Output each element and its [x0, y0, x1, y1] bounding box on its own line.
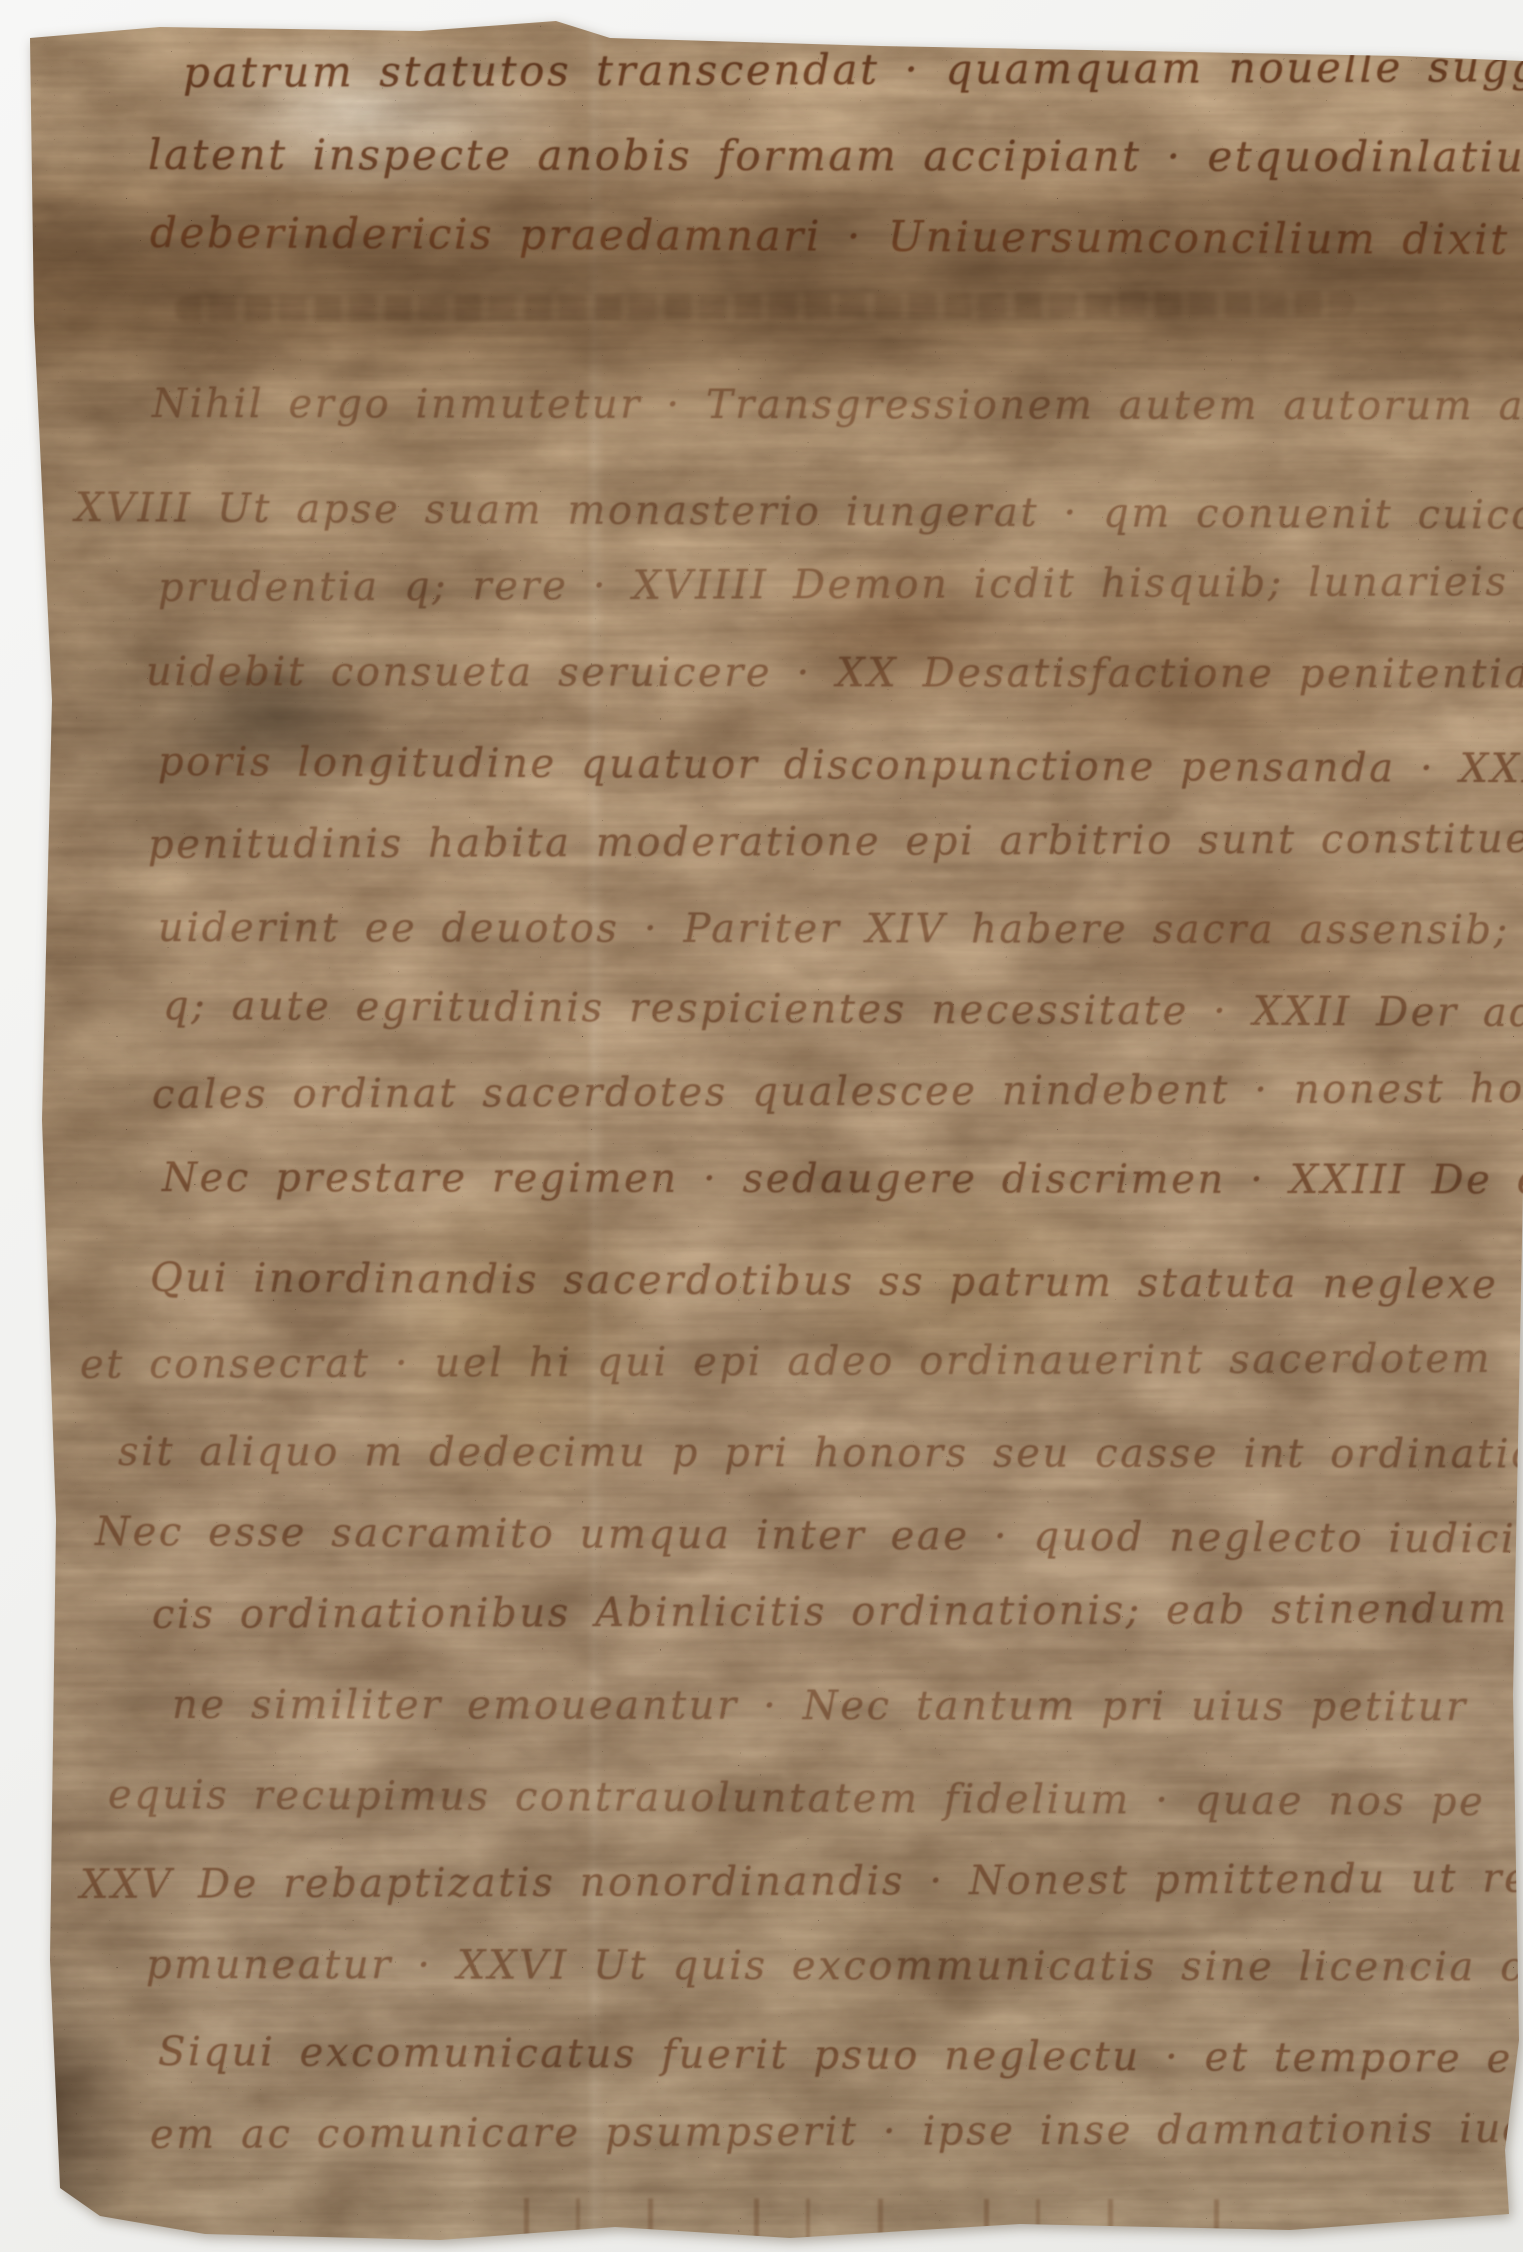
manuscript-text-line: prudentia q; rere · XVIIII Demon icdit h…	[158, 562, 1523, 608]
manuscript-text-line: sit aliquo m dedecimu p pri honors seu c…	[118, 1432, 1523, 1475]
manuscript-text-line: XXV De rebaptizatis nonordinandis · None…	[80, 1859, 1523, 1905]
manuscript-text-line: equis recupimus contrauoluntatem fideliu…	[108, 1775, 1486, 1822]
manuscript-text-line-cutoff: (cut-off line at bottom edge)	[480, 2198, 1260, 2241]
manuscript-text-block: patrum statutos transcendat · quamquam n…	[0, 0, 1523, 2252]
manuscript-text-line: et consecrat · uel hi qui epi adeo ordin…	[80, 1339, 1492, 1385]
manuscript-text-line: uiderint ee deuotos · Pariter XIV habere…	[158, 908, 1523, 951]
manuscript-text-line: cis ordinationibus Abinlicitis ordinatio…	[152, 1589, 1523, 1635]
manuscript-text-line: Nihil ergo inmutetur · Transgressionem a…	[152, 384, 1523, 427]
manuscript-text-line: ne similiter emoueantur · Nec tantum pri…	[172, 1685, 1468, 1727]
manuscript-text-line: Siqui excomunicatus fuerit psuo neglectu…	[158, 2032, 1513, 2079]
manuscript-text-line: Nec prestare regimen · sedaugere discrim…	[162, 1158, 1523, 1200]
manuscript-text-line: poris longitudine quatuor disconpunction…	[158, 742, 1523, 790]
scan-background: { "leaf": { "colors": { "scan_background…	[0, 0, 1523, 2252]
manuscript-text-line: q; aute egritudinis respicientes necessi…	[163, 986, 1523, 1033]
manuscript-text-line: Nec esse sacramito umqua inter eae · quo…	[95, 1512, 1523, 1560]
manuscript-text-line: penitudinis habita moderatione epi arbit…	[148, 819, 1523, 865]
manuscript-text-line: uidebit consueta seruicere · XX Desatisf…	[146, 652, 1523, 695]
manuscript-text-line: deberindericis praedamnari · Uniuersumco…	[150, 212, 1510, 261]
manuscript-text-line-erased: (illegible erased line)	[175, 291, 1355, 322]
manuscript-text-line: patrum statutos transcendat · quamquam n…	[183, 45, 1523, 94]
manuscript-text-line: XVIII Ut apse suam monasterio iungerat ·…	[75, 488, 1523, 536]
manuscript-text-line: cales ordinat sacerdotes qualescee ninde…	[152, 1069, 1523, 1115]
manuscript-text-line: Qui inordinandis sacerdotibus ss patrum …	[150, 1258, 1499, 1305]
manuscript-text-line: em ac comunicare psumpserit · ipse inse …	[150, 2109, 1523, 2155]
parchment-leaf: patrum statutos transcendat · quamquam n…	[0, 0, 1523, 2252]
manuscript-text-line: latent inspecte anobis formam accipiant …	[148, 134, 1523, 179]
parchment-leaf-wrapper: patrum statutos transcendat · quamquam n…	[0, 0, 1523, 2252]
manuscript-text-line: pmuneatur · XXVI Ut quis excommunicatis …	[146, 1945, 1523, 1987]
